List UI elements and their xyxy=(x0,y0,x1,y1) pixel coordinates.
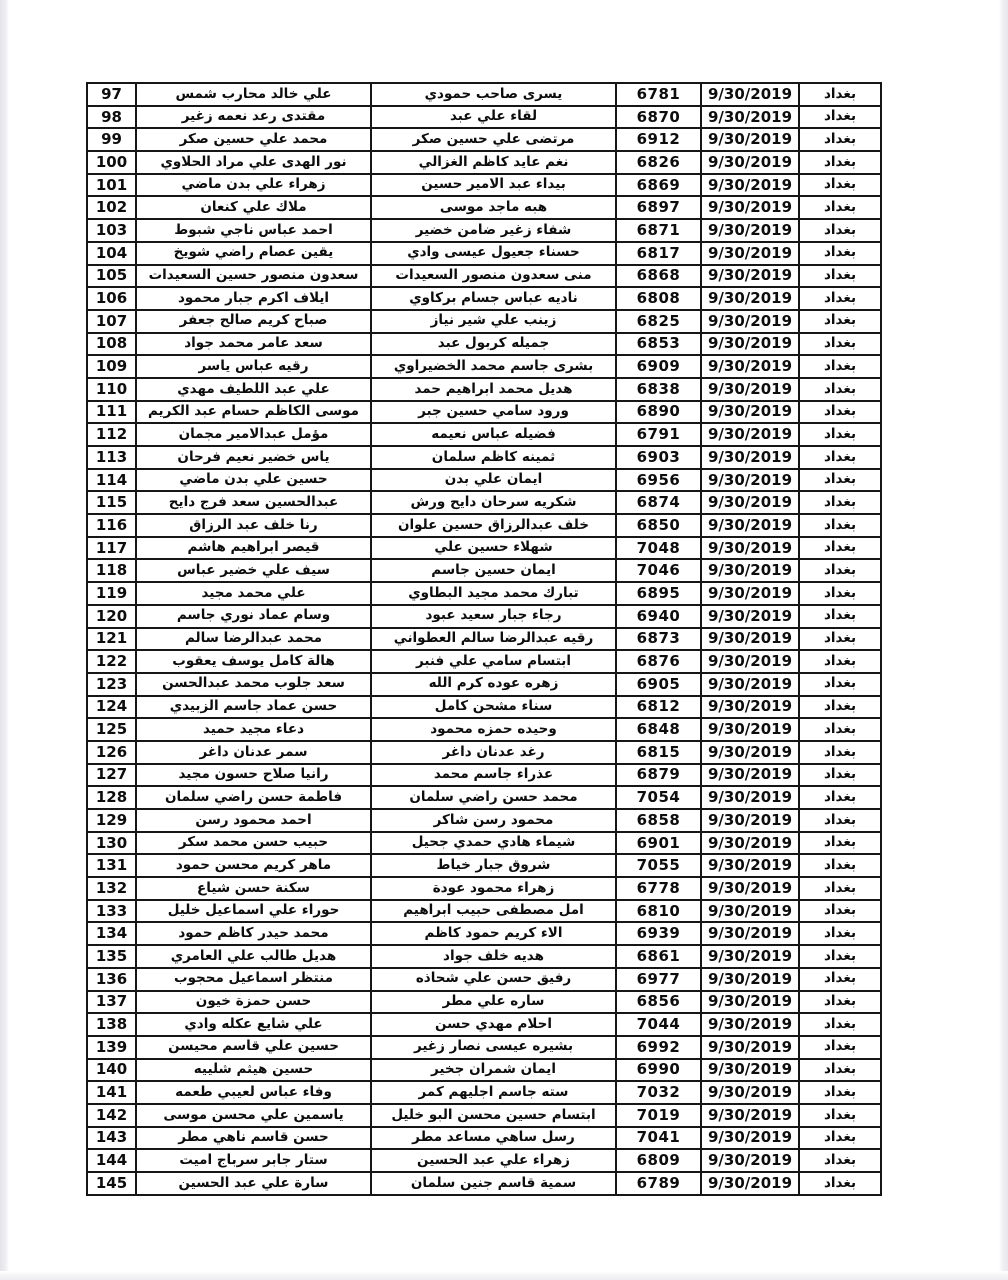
row-number-cell: 142 xyxy=(87,1104,136,1127)
name-b-cell: حسناء جعيول عيسى وادي xyxy=(371,242,616,265)
city-cell: بغداد xyxy=(799,174,881,197)
name-b-cell: ابتسام حسين محسن البو خليل xyxy=(371,1104,616,1127)
row-number-cell: 100 xyxy=(87,151,136,174)
row-number-cell: 102 xyxy=(87,196,136,219)
table-row: 134محمد حيدر كاظم حمودالاء كريم حمود كاظ… xyxy=(87,922,881,945)
row-number-cell: 121 xyxy=(87,628,136,651)
table-row: 108سعد عامر محمد جوادجميله كربول عبد6853… xyxy=(87,333,881,356)
table-row: 117قيصر ابراهيم هاشمشهلاء حسين علي70489/… xyxy=(87,537,881,560)
date-cell: 9/30/2019 xyxy=(701,287,799,310)
table-row: 102ملاك علي كنعانهبه ماجد موسى68979/30/2… xyxy=(87,196,881,219)
name-a-cell: ياس خضير نعيم فرحان xyxy=(136,446,371,469)
date-cell: 9/30/2019 xyxy=(701,355,799,378)
name-a-cell: رقيه عباس ياسر xyxy=(136,355,371,378)
name-b-cell: وحيده حمزه محمود xyxy=(371,718,616,741)
record-id-cell: 6858 xyxy=(616,809,701,832)
city-cell: بغداد xyxy=(799,900,881,923)
record-id-cell: 6903 xyxy=(616,446,701,469)
city-cell: بغداد xyxy=(799,446,881,469)
date-cell: 9/30/2019 xyxy=(701,877,799,900)
name-b-cell: الاء كريم حمود كاظم xyxy=(371,922,616,945)
name-b-cell: بيداء عبد الامير حسين xyxy=(371,174,616,197)
name-a-cell: علي خالد محارب شمس xyxy=(136,83,371,106)
city-cell: بغداد xyxy=(799,1081,881,1104)
table-row: 116رنا خلف عبد الرزاقخلف عبدالرزاق حسين … xyxy=(87,514,881,537)
date-cell: 9/30/2019 xyxy=(701,945,799,968)
row-number-cell: 114 xyxy=(87,469,136,492)
name-a-cell: حسين علي قاسم محيسن xyxy=(136,1036,371,1059)
table-row: 128فاطمة حسن راضي سلمانمحمد حسن راضي سلم… xyxy=(87,786,881,809)
name-a-cell: حبيب حسن محمد سكر xyxy=(136,832,371,855)
table-row: 136منتظر اسماعيل محجوبرفيق حسن علي شحاذه… xyxy=(87,968,881,991)
row-number-cell: 132 xyxy=(87,877,136,900)
row-number-cell: 107 xyxy=(87,310,136,333)
row-number-cell: 126 xyxy=(87,741,136,764)
date-cell: 9/30/2019 xyxy=(701,718,799,741)
record-id-cell: 6861 xyxy=(616,945,701,968)
table-row: 113ياس خضير نعيم فرحانثمينه كاظم سلمان69… xyxy=(87,446,881,469)
name-a-cell: سعدون منصور حسين السعيدات xyxy=(136,265,371,288)
date-cell: 9/30/2019 xyxy=(701,491,799,514)
city-cell: بغداد xyxy=(799,764,881,787)
name-a-cell: رنا خلف عبد الرزاق xyxy=(136,514,371,537)
table-row: 138علي شايع عكله وادياحلام مهدي حسن70449… xyxy=(87,1013,881,1036)
record-id-cell: 6812 xyxy=(616,696,701,719)
name-a-cell: سعد جلوب محمد عبدالحسن xyxy=(136,673,371,696)
name-b-cell: مرتضى علي حسين صكر xyxy=(371,128,616,151)
record-id-cell: 7044 xyxy=(616,1013,701,1036)
name-b-cell: زهره عوده كرم الله xyxy=(371,673,616,696)
name-b-cell: ورود سامي حسين جبر xyxy=(371,401,616,424)
table-row: 122هالة كامل يوسف يعقوبابتسام سامي علي ف… xyxy=(87,650,881,673)
record-id-cell: 6789 xyxy=(616,1172,701,1195)
table-row: 124حسن عماد جاسم الزبيديسناء مشحن كامل68… xyxy=(87,696,881,719)
record-id-cell: 6912 xyxy=(616,128,701,151)
table-row: 139حسين علي قاسم محيسنبشيره عيسى نصار زغ… xyxy=(87,1036,881,1059)
name-a-cell: سعد عامر محمد جواد xyxy=(136,333,371,356)
date-cell: 9/30/2019 xyxy=(701,333,799,356)
record-id-cell: 6870 xyxy=(616,106,701,129)
name-b-cell: رسل ساهي مساعد مطر xyxy=(371,1127,616,1150)
table-row: 145سارة علي عبد الحسينسمية قاسم جنين سلم… xyxy=(87,1172,881,1195)
city-cell: بغداد xyxy=(799,537,881,560)
table-row: 133حوراء علي اسماعيل خليلامل مصطفى حبيب … xyxy=(87,900,881,923)
name-a-cell: ملاك علي كنعان xyxy=(136,196,371,219)
row-number-cell: 108 xyxy=(87,333,136,356)
row-number-cell: 131 xyxy=(87,854,136,877)
table-row: 104يقين عصام راضي شويخحسناء جعيول عيسى و… xyxy=(87,242,881,265)
city-cell: بغداد xyxy=(799,877,881,900)
record-id-cell: 6939 xyxy=(616,922,701,945)
name-b-cell: ايمان حسين جاسم xyxy=(371,559,616,582)
row-number-cell: 140 xyxy=(87,1059,136,1082)
row-number-cell: 141 xyxy=(87,1081,136,1104)
scan-edge-bottom xyxy=(0,1271,1008,1280)
table-row: 115عبدالحسين سعد فرج دايحشكريه سرحان داي… xyxy=(87,491,881,514)
name-a-cell: هالة كامل يوسف يعقوب xyxy=(136,650,371,673)
row-number-cell: 138 xyxy=(87,1013,136,1036)
record-id-cell: 6895 xyxy=(616,582,701,605)
city-cell: بغداد xyxy=(799,650,881,673)
record-id-cell: 7046 xyxy=(616,559,701,582)
record-id-cell: 6990 xyxy=(616,1059,701,1082)
date-cell: 9/30/2019 xyxy=(701,537,799,560)
table-row: 142ياسمين علي محسن موسىابتسام حسين محسن … xyxy=(87,1104,881,1127)
row-number-cell: 111 xyxy=(87,401,136,424)
name-b-cell: سته جاسم اجليهم كمر xyxy=(371,1081,616,1104)
name-a-cell: فاطمة حسن راضي سلمان xyxy=(136,786,371,809)
city-cell: بغداد xyxy=(799,673,881,696)
city-cell: بغداد xyxy=(799,514,881,537)
name-a-cell: ياسمين علي محسن موسى xyxy=(136,1104,371,1127)
name-a-cell: محمد حيدر كاظم حمود xyxy=(136,922,371,945)
date-cell: 9/30/2019 xyxy=(701,1104,799,1127)
name-b-cell: زينب علي شير نياز xyxy=(371,310,616,333)
table-row: 119علي محمد مجيدتبارك محمد مجيد البطاوي6… xyxy=(87,582,881,605)
name-b-cell: رغد عدنان داغر xyxy=(371,741,616,764)
name-a-cell: احمد عباس ناجي شبوط xyxy=(136,219,371,242)
city-cell: بغداد xyxy=(799,128,881,151)
name-b-cell: ناديه عباس جسام بركاوي xyxy=(371,287,616,310)
city-cell: بغداد xyxy=(799,106,881,129)
scan-edge-right xyxy=(999,0,1008,1280)
row-number-cell: 133 xyxy=(87,900,136,923)
record-id-cell: 7054 xyxy=(616,786,701,809)
row-number-cell: 128 xyxy=(87,786,136,809)
table-row: 100نور الهدى علي مراد الحلاوينغم عايد كا… xyxy=(87,151,881,174)
name-b-cell: رقيه عبدالرضا سالم العطواني xyxy=(371,628,616,651)
record-id-cell: 6781 xyxy=(616,83,701,106)
name-b-cell: شفاء زغير ضامن خضير xyxy=(371,219,616,242)
table-row: 111موسى الكاظم حسام عبد الكريمورود سامي … xyxy=(87,401,881,424)
row-number-cell: 110 xyxy=(87,378,136,401)
date-cell: 9/30/2019 xyxy=(701,900,799,923)
name-b-cell: سناء مشحن كامل xyxy=(371,696,616,719)
date-cell: 9/30/2019 xyxy=(701,128,799,151)
name-b-cell: محمد حسن راضي سلمان xyxy=(371,786,616,809)
name-a-cell: دعاء مجيد حميد xyxy=(136,718,371,741)
date-cell: 9/30/2019 xyxy=(701,423,799,446)
date-cell: 9/30/2019 xyxy=(701,1172,799,1195)
name-a-cell: احمد محمود رسن xyxy=(136,809,371,832)
date-cell: 9/30/2019 xyxy=(701,151,799,174)
name-b-cell: رجاء جبار سعيد عبود xyxy=(371,605,616,628)
city-cell: بغداد xyxy=(799,991,881,1014)
row-number-cell: 134 xyxy=(87,922,136,945)
record-id-cell: 6890 xyxy=(616,401,701,424)
record-id-cell: 6977 xyxy=(616,968,701,991)
name-a-cell: حوراء علي اسماعيل خليل xyxy=(136,900,371,923)
name-a-cell: قيصر ابراهيم هاشم xyxy=(136,537,371,560)
name-a-cell: موسى الكاظم حسام عبد الكريم xyxy=(136,401,371,424)
record-id-cell: 6815 xyxy=(616,741,701,764)
record-id-cell: 6810 xyxy=(616,900,701,923)
date-cell: 9/30/2019 xyxy=(701,401,799,424)
city-cell: بغداد xyxy=(799,854,881,877)
table-row: 144ستار جابر سرباج اميتزهراء علي عبد الح… xyxy=(87,1149,881,1172)
record-id-cell: 6992 xyxy=(616,1036,701,1059)
name-b-cell: زهراء محمود عودة xyxy=(371,877,616,900)
record-id-cell: 6856 xyxy=(616,991,701,1014)
row-number-cell: 115 xyxy=(87,491,136,514)
city-cell: بغداد xyxy=(799,832,881,855)
date-cell: 9/30/2019 xyxy=(701,1013,799,1036)
name-b-cell: تبارك محمد مجيد البطاوي xyxy=(371,582,616,605)
table-row: 107صباح كريم صالح جعفرزينب علي شير نياز6… xyxy=(87,310,881,333)
row-number-cell: 109 xyxy=(87,355,136,378)
record-id-cell: 6874 xyxy=(616,491,701,514)
date-cell: 9/30/2019 xyxy=(701,174,799,197)
city-cell: بغداد xyxy=(799,968,881,991)
name-a-cell: مقتدى رعد نعمه زغير xyxy=(136,106,371,129)
record-id-cell: 7032 xyxy=(616,1081,701,1104)
name-a-cell: يقين عصام راضي شويخ xyxy=(136,242,371,265)
name-a-cell: ماهر كريم محسن حمود xyxy=(136,854,371,877)
name-b-cell: شيماء هادي حمدي جحيل xyxy=(371,832,616,855)
table-row: 98مقتدى رعد نعمه زغيرلقاء علي عبد68709/3… xyxy=(87,106,881,129)
name-b-cell: رفيق حسن علي شحاذه xyxy=(371,968,616,991)
name-a-cell: حسين علي بدن ماضي xyxy=(136,469,371,492)
city-cell: بغداد xyxy=(799,741,881,764)
city-cell: بغداد xyxy=(799,265,881,288)
date-cell: 9/30/2019 xyxy=(701,854,799,877)
date-cell: 9/30/2019 xyxy=(701,1149,799,1172)
name-b-cell: جميله كربول عبد xyxy=(371,333,616,356)
record-id-cell: 6778 xyxy=(616,877,701,900)
row-number-cell: 119 xyxy=(87,582,136,605)
name-b-cell: محمود رسن شاكر xyxy=(371,809,616,832)
name-a-cell: سمر عدنان داغر xyxy=(136,741,371,764)
name-a-cell: حسن عماد جاسم الزبيدي xyxy=(136,696,371,719)
row-number-cell: 137 xyxy=(87,991,136,1014)
date-cell: 9/30/2019 xyxy=(701,1127,799,1150)
name-b-cell: سمية قاسم جنين سلمان xyxy=(371,1172,616,1195)
name-a-cell: مؤمل عبدالامير مجمان xyxy=(136,423,371,446)
table-row: 131ماهر كريم محسن حمودشروق جبار خياط7055… xyxy=(87,854,881,877)
record-id-cell: 6905 xyxy=(616,673,701,696)
city-cell: بغداد xyxy=(799,491,881,514)
row-number-cell: 106 xyxy=(87,287,136,310)
city-cell: بغداد xyxy=(799,809,881,832)
name-b-cell: ايمان علي بدن xyxy=(371,469,616,492)
record-id-cell: 6808 xyxy=(616,287,701,310)
date-cell: 9/30/2019 xyxy=(701,242,799,265)
city-cell: بغداد xyxy=(799,219,881,242)
record-id-cell: 6850 xyxy=(616,514,701,537)
row-number-cell: 144 xyxy=(87,1149,136,1172)
row-number-cell: 124 xyxy=(87,696,136,719)
record-id-cell: 6791 xyxy=(616,423,701,446)
name-a-cell: وفاء عباس لعيبي طعمه xyxy=(136,1081,371,1104)
name-b-cell: شروق جبار خياط xyxy=(371,854,616,877)
name-b-cell: احلام مهدي حسن xyxy=(371,1013,616,1036)
record-id-cell: 6956 xyxy=(616,469,701,492)
record-id-cell: 7019 xyxy=(616,1104,701,1127)
record-id-cell: 6909 xyxy=(616,355,701,378)
records-table: 97علي خالد محارب شمسيسرى صاحب حمودي67819… xyxy=(86,82,882,1196)
name-b-cell: خلف عبدالرزاق حسين علوان xyxy=(371,514,616,537)
name-a-cell: سارة علي عبد الحسين xyxy=(136,1172,371,1195)
row-number-cell: 135 xyxy=(87,945,136,968)
scan-edge-left xyxy=(0,0,9,1280)
table-row: 120وسام عماد نوري جاسمرجاء جبار سعيد عبو… xyxy=(87,605,881,628)
table-row: 140حسين هيثم شلييهايمان شمران جخير69909/… xyxy=(87,1059,881,1082)
name-a-cell: حسن قاسم ناهي مطر xyxy=(136,1127,371,1150)
row-number-cell: 113 xyxy=(87,446,136,469)
table-row: 99محمد علي حسين صكرمرتضى علي حسين صكر691… xyxy=(87,128,881,151)
record-id-cell: 7041 xyxy=(616,1127,701,1150)
name-a-cell: نور الهدى علي مراد الحلاوي xyxy=(136,151,371,174)
date-cell: 9/30/2019 xyxy=(701,673,799,696)
table-row: 112مؤمل عبدالامير مجمانفضيله عباس نعيمه6… xyxy=(87,423,881,446)
city-cell: بغداد xyxy=(799,423,881,446)
name-a-cell: هديل طالب علي العامري xyxy=(136,945,371,968)
name-b-cell: نغم عايد كاظم الغزالي xyxy=(371,151,616,174)
record-id-cell: 6848 xyxy=(616,718,701,741)
table-row: 109رقيه عباس ياسربشرى جاسم محمد الخضيراو… xyxy=(87,355,881,378)
date-cell: 9/30/2019 xyxy=(701,1036,799,1059)
city-cell: بغداد xyxy=(799,628,881,651)
table-row: 125دعاء مجيد حميدوحيده حمزه محمود68489/3… xyxy=(87,718,881,741)
name-b-cell: بشيره عيسى نصار زغير xyxy=(371,1036,616,1059)
row-number-cell: 130 xyxy=(87,832,136,855)
city-cell: بغداد xyxy=(799,945,881,968)
record-id-cell: 6868 xyxy=(616,265,701,288)
name-a-cell: حسين هيثم شلييه xyxy=(136,1059,371,1082)
city-cell: بغداد xyxy=(799,786,881,809)
city-cell: بغداد xyxy=(799,242,881,265)
city-cell: بغداد xyxy=(799,469,881,492)
date-cell: 9/30/2019 xyxy=(701,196,799,219)
table-row: 143حسن قاسم ناهي مطررسل ساهي مساعد مطر70… xyxy=(87,1127,881,1150)
name-a-cell: صباح كريم صالح جعفر xyxy=(136,310,371,333)
date-cell: 9/30/2019 xyxy=(701,628,799,651)
date-cell: 9/30/2019 xyxy=(701,764,799,787)
record-id-cell: 6871 xyxy=(616,219,701,242)
name-b-cell: شكريه سرحان دايح ورش xyxy=(371,491,616,514)
date-cell: 9/30/2019 xyxy=(701,991,799,1014)
date-cell: 9/30/2019 xyxy=(701,1081,799,1104)
row-number-cell: 136 xyxy=(87,968,136,991)
date-cell: 9/30/2019 xyxy=(701,514,799,537)
record-id-cell: 6838 xyxy=(616,378,701,401)
record-id-cell: 6879 xyxy=(616,764,701,787)
row-number-cell: 120 xyxy=(87,605,136,628)
record-id-cell: 6809 xyxy=(616,1149,701,1172)
record-id-cell: 6897 xyxy=(616,196,701,219)
record-id-cell: 6876 xyxy=(616,650,701,673)
table-row: 135هديل طالب علي العامريهديه خلف جواد686… xyxy=(87,945,881,968)
table-row: 106ايلاف اكرم جبار محمودناديه عباس جسام … xyxy=(87,287,881,310)
name-b-cell: فضيله عباس نعيمه xyxy=(371,423,616,446)
row-number-cell: 103 xyxy=(87,219,136,242)
name-b-cell: عذراء جاسم محمد xyxy=(371,764,616,787)
name-a-cell: محمد عبدالرضا سالم xyxy=(136,628,371,651)
row-number-cell: 127 xyxy=(87,764,136,787)
date-cell: 9/30/2019 xyxy=(701,582,799,605)
name-a-cell: علي عبد اللطيف مهدي xyxy=(136,378,371,401)
records-table-body: 97علي خالد محارب شمسيسرى صاحب حمودي67819… xyxy=(87,83,881,1195)
date-cell: 9/30/2019 xyxy=(701,310,799,333)
date-cell: 9/30/2019 xyxy=(701,559,799,582)
name-b-cell: لقاء علي عبد xyxy=(371,106,616,129)
name-a-cell: علي محمد مجيد xyxy=(136,582,371,605)
record-id-cell: 6817 xyxy=(616,242,701,265)
name-b-cell: ابتسام سامي علي فنبر xyxy=(371,650,616,673)
row-number-cell: 143 xyxy=(87,1127,136,1150)
row-number-cell: 99 xyxy=(87,128,136,151)
table-row: 121محمد عبدالرضا سالمرقيه عبدالرضا سالم … xyxy=(87,628,881,651)
city-cell: بغداد xyxy=(799,696,881,719)
name-a-cell: زهراء علي بدن ماضي xyxy=(136,174,371,197)
table-row: 103احمد عباس ناجي شبوطشفاء زغير ضامن خضي… xyxy=(87,219,881,242)
row-number-cell: 105 xyxy=(87,265,136,288)
date-cell: 9/30/2019 xyxy=(701,378,799,401)
city-cell: بغداد xyxy=(799,1172,881,1195)
record-id-cell: 6825 xyxy=(616,310,701,333)
row-number-cell: 116 xyxy=(87,514,136,537)
record-id-cell: 6940 xyxy=(616,605,701,628)
name-a-cell: ستار جابر سرباج اميت xyxy=(136,1149,371,1172)
name-b-cell: زهراء علي عبد الحسين xyxy=(371,1149,616,1172)
date-cell: 9/30/2019 xyxy=(701,650,799,673)
record-id-cell: 6826 xyxy=(616,151,701,174)
name-b-cell: هديه خلف جواد xyxy=(371,945,616,968)
record-id-cell: 7055 xyxy=(616,854,701,877)
name-b-cell: هبه ماجد موسى xyxy=(371,196,616,219)
row-number-cell: 112 xyxy=(87,423,136,446)
table-row: 127رانيا صلاح حسون مجيدعذراء جاسم محمد68… xyxy=(87,764,881,787)
city-cell: بغداد xyxy=(799,151,881,174)
name-b-cell: بشرى جاسم محمد الخضيراوي xyxy=(371,355,616,378)
city-cell: بغداد xyxy=(799,1013,881,1036)
row-number-cell: 98 xyxy=(87,106,136,129)
row-number-cell: 145 xyxy=(87,1172,136,1195)
row-number-cell: 101 xyxy=(87,174,136,197)
table-row: 123سعد جلوب محمد عبدالحسنزهره عوده كرم ا… xyxy=(87,673,881,696)
name-b-cell: يسرى صاحب حمودي xyxy=(371,83,616,106)
table-row: 126سمر عدنان داغررغد عدنان داغر68159/30/… xyxy=(87,741,881,764)
date-cell: 9/30/2019 xyxy=(701,106,799,129)
city-cell: بغداد xyxy=(799,1127,881,1150)
row-number-cell: 118 xyxy=(87,559,136,582)
city-cell: بغداد xyxy=(799,310,881,333)
date-cell: 9/30/2019 xyxy=(701,832,799,855)
city-cell: بغداد xyxy=(799,83,881,106)
city-cell: بغداد xyxy=(799,333,881,356)
row-number-cell: 139 xyxy=(87,1036,136,1059)
name-b-cell: امل مصطفى حبيب ابراهيم xyxy=(371,900,616,923)
date-cell: 9/30/2019 xyxy=(701,605,799,628)
table-row: 130حبيب حسن محمد سكرشيماء هادي حمدي جحيل… xyxy=(87,832,881,855)
name-a-cell: علي شايع عكله وادي xyxy=(136,1013,371,1036)
city-cell: بغداد xyxy=(799,922,881,945)
name-a-cell: ايلاف اكرم جبار محمود xyxy=(136,287,371,310)
table-row: 129احمد محمود رسنمحمود رسن شاكر68589/30/… xyxy=(87,809,881,832)
name-b-cell: هديل محمد ابراهيم حمد xyxy=(371,378,616,401)
date-cell: 9/30/2019 xyxy=(701,446,799,469)
row-number-cell: 129 xyxy=(87,809,136,832)
city-cell: بغداد xyxy=(799,287,881,310)
city-cell: بغداد xyxy=(799,582,881,605)
row-number-cell: 97 xyxy=(87,83,136,106)
city-cell: بغداد xyxy=(799,355,881,378)
city-cell: بغداد xyxy=(799,605,881,628)
row-number-cell: 125 xyxy=(87,718,136,741)
date-cell: 9/30/2019 xyxy=(701,1059,799,1082)
name-a-cell: محمد علي حسين صكر xyxy=(136,128,371,151)
name-a-cell: منتظر اسماعيل محجوب xyxy=(136,968,371,991)
